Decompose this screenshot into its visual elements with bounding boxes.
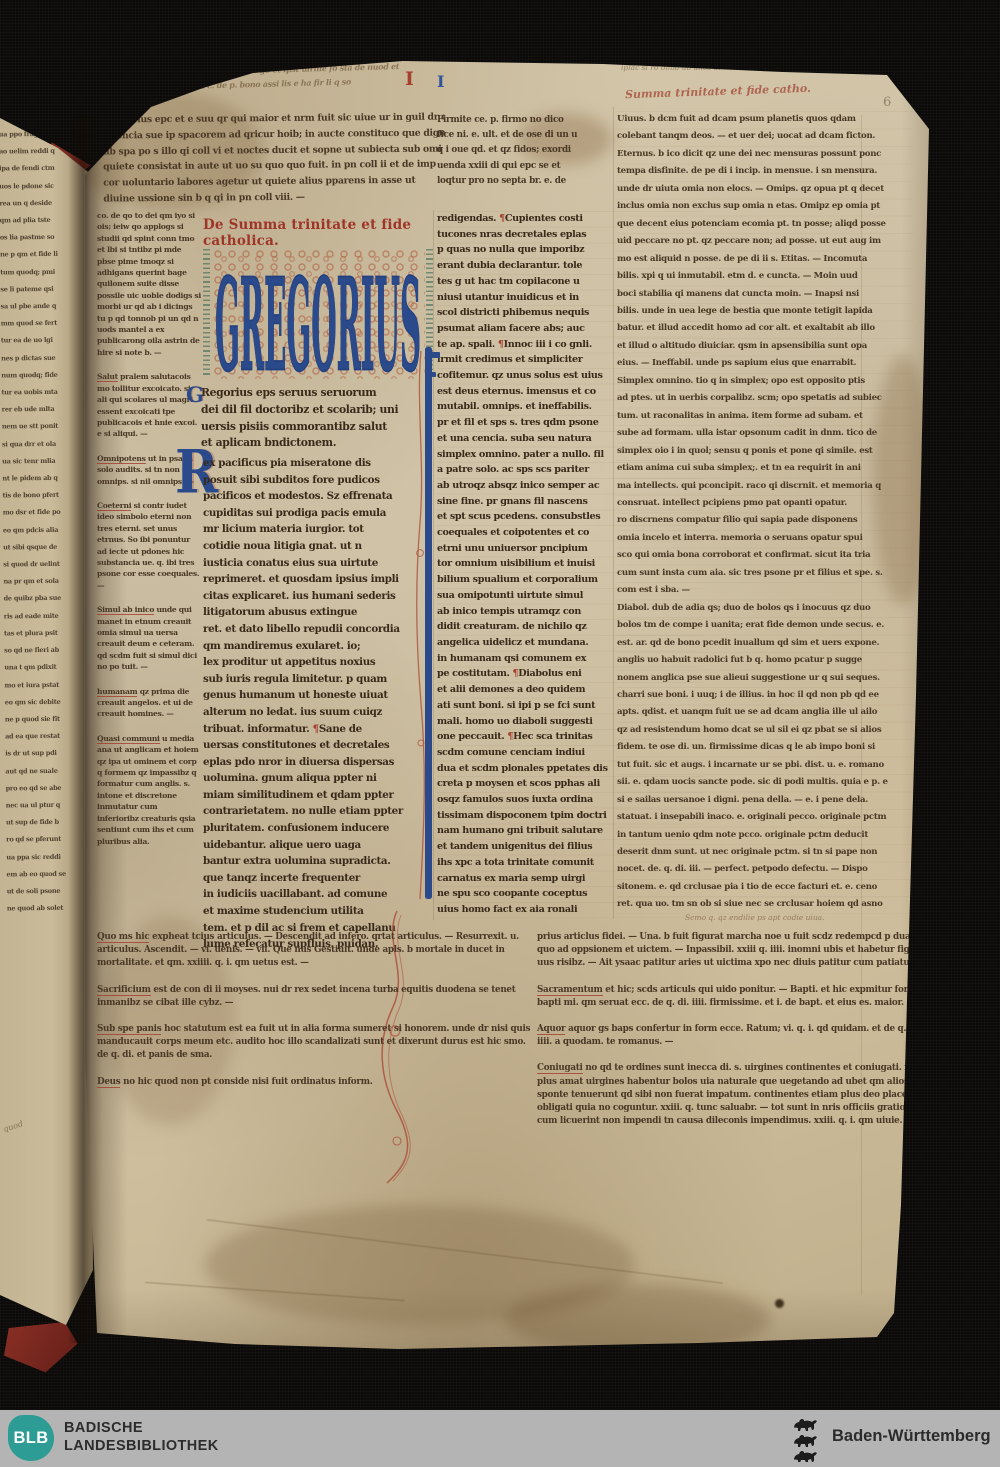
column1-rex-pacificus-text: ex pacificus pia miseratone disposuit si… (203, 455, 433, 953)
rubric-heading: De Summa trinitate et fide catholica. (203, 217, 453, 249)
previous-leaf-text: ua ppo fragi dseao uelim reddi qipa de f… (0, 126, 85, 957)
gregorius-ornamental-initial: GREGORIUS (211, 247, 425, 379)
blb-logo-text: BLB (13, 1429, 48, 1448)
column2-top-text: Firmite ce. p. firmo no dicofice ni. e. … (437, 113, 611, 189)
fold-line (861, 115, 862, 1295)
left-margin-gloss: co. de qo to dei qm iyo si ois; ieiw qo … (97, 210, 201, 860)
previous-leaf-edge: ua ppo fragi dseao uelim reddi qipa de f… (0, 110, 94, 1342)
viewer-footer-bar: BLB BADISCHE LANDESBIBLIOTHEK Baden-Würt… (0, 1410, 1000, 1467)
previous-leaf-scribble: quod (2, 1119, 24, 1134)
pen-trial-mark: I (405, 68, 414, 90)
bottom-left-gloss: Quo ms hic expheat tcius articulus. — De… (97, 931, 531, 1102)
parchment-crease (207, 1219, 723, 1283)
running-title: Summa trinitate et fide catho. (625, 78, 925, 101)
bottom-right-gloss: prius articlus fidei. — Una. b fuit figu… (537, 931, 935, 1141)
column-ruling (433, 210, 434, 920)
top-right-annotation: iplac si ro omid ab alios a. (621, 63, 721, 72)
column1-intro-text: Gregorius epc et e suu qr qui maior et n… (103, 110, 446, 208)
svg-text:GREGORIUS: GREGORIUS (215, 250, 421, 379)
baden-wuerttemberg-coat-of-arms-icon (792, 1416, 824, 1467)
column1-salutation: Regorius eps seruus seruorumdei dil fil … (201, 385, 435, 452)
library-name-line2: LANDESBIBLIOTHEK (64, 1437, 219, 1455)
folio-number: 6 (883, 95, 891, 110)
library-name-line1: BADISCHE (64, 1419, 219, 1437)
pen-trial-mark: I (113, 79, 120, 98)
initial-f-elongated (415, 343, 441, 908)
column-ruling (613, 107, 614, 919)
red-binding-edge-bottom (4, 1322, 84, 1382)
library-name: BADISCHE LANDESBIBLIOTHEK (64, 1419, 219, 1455)
manuscript-page: p qponi et q i mstllie so fin gd et ipst… (85, 55, 935, 1353)
pen-trial-mark: I (437, 72, 444, 91)
gregorius-monogram-letters: GREGORIUS (211, 247, 425, 379)
gloss-trailing-note: Scmo q. qz endilie ps apt codie uiua. (685, 913, 825, 922)
stain (505, 1283, 770, 1355)
wormhole (775, 1299, 784, 1308)
state-name: Baden-Württemberg (832, 1427, 991, 1446)
parchment-crease (145, 1282, 404, 1301)
right-gloss-commentary: Uiuus. b dcm fuit ad dcam psum planetis … (617, 111, 913, 914)
top-margin-annotations: p qponi et q i mstllie so fin gd et ipst… (145, 55, 586, 94)
blb-logo: BLB (8, 1415, 54, 1461)
digitized-manuscript-view: ua ppo fragi dseao uelim reddi qipa de f… (0, 0, 1000, 1467)
